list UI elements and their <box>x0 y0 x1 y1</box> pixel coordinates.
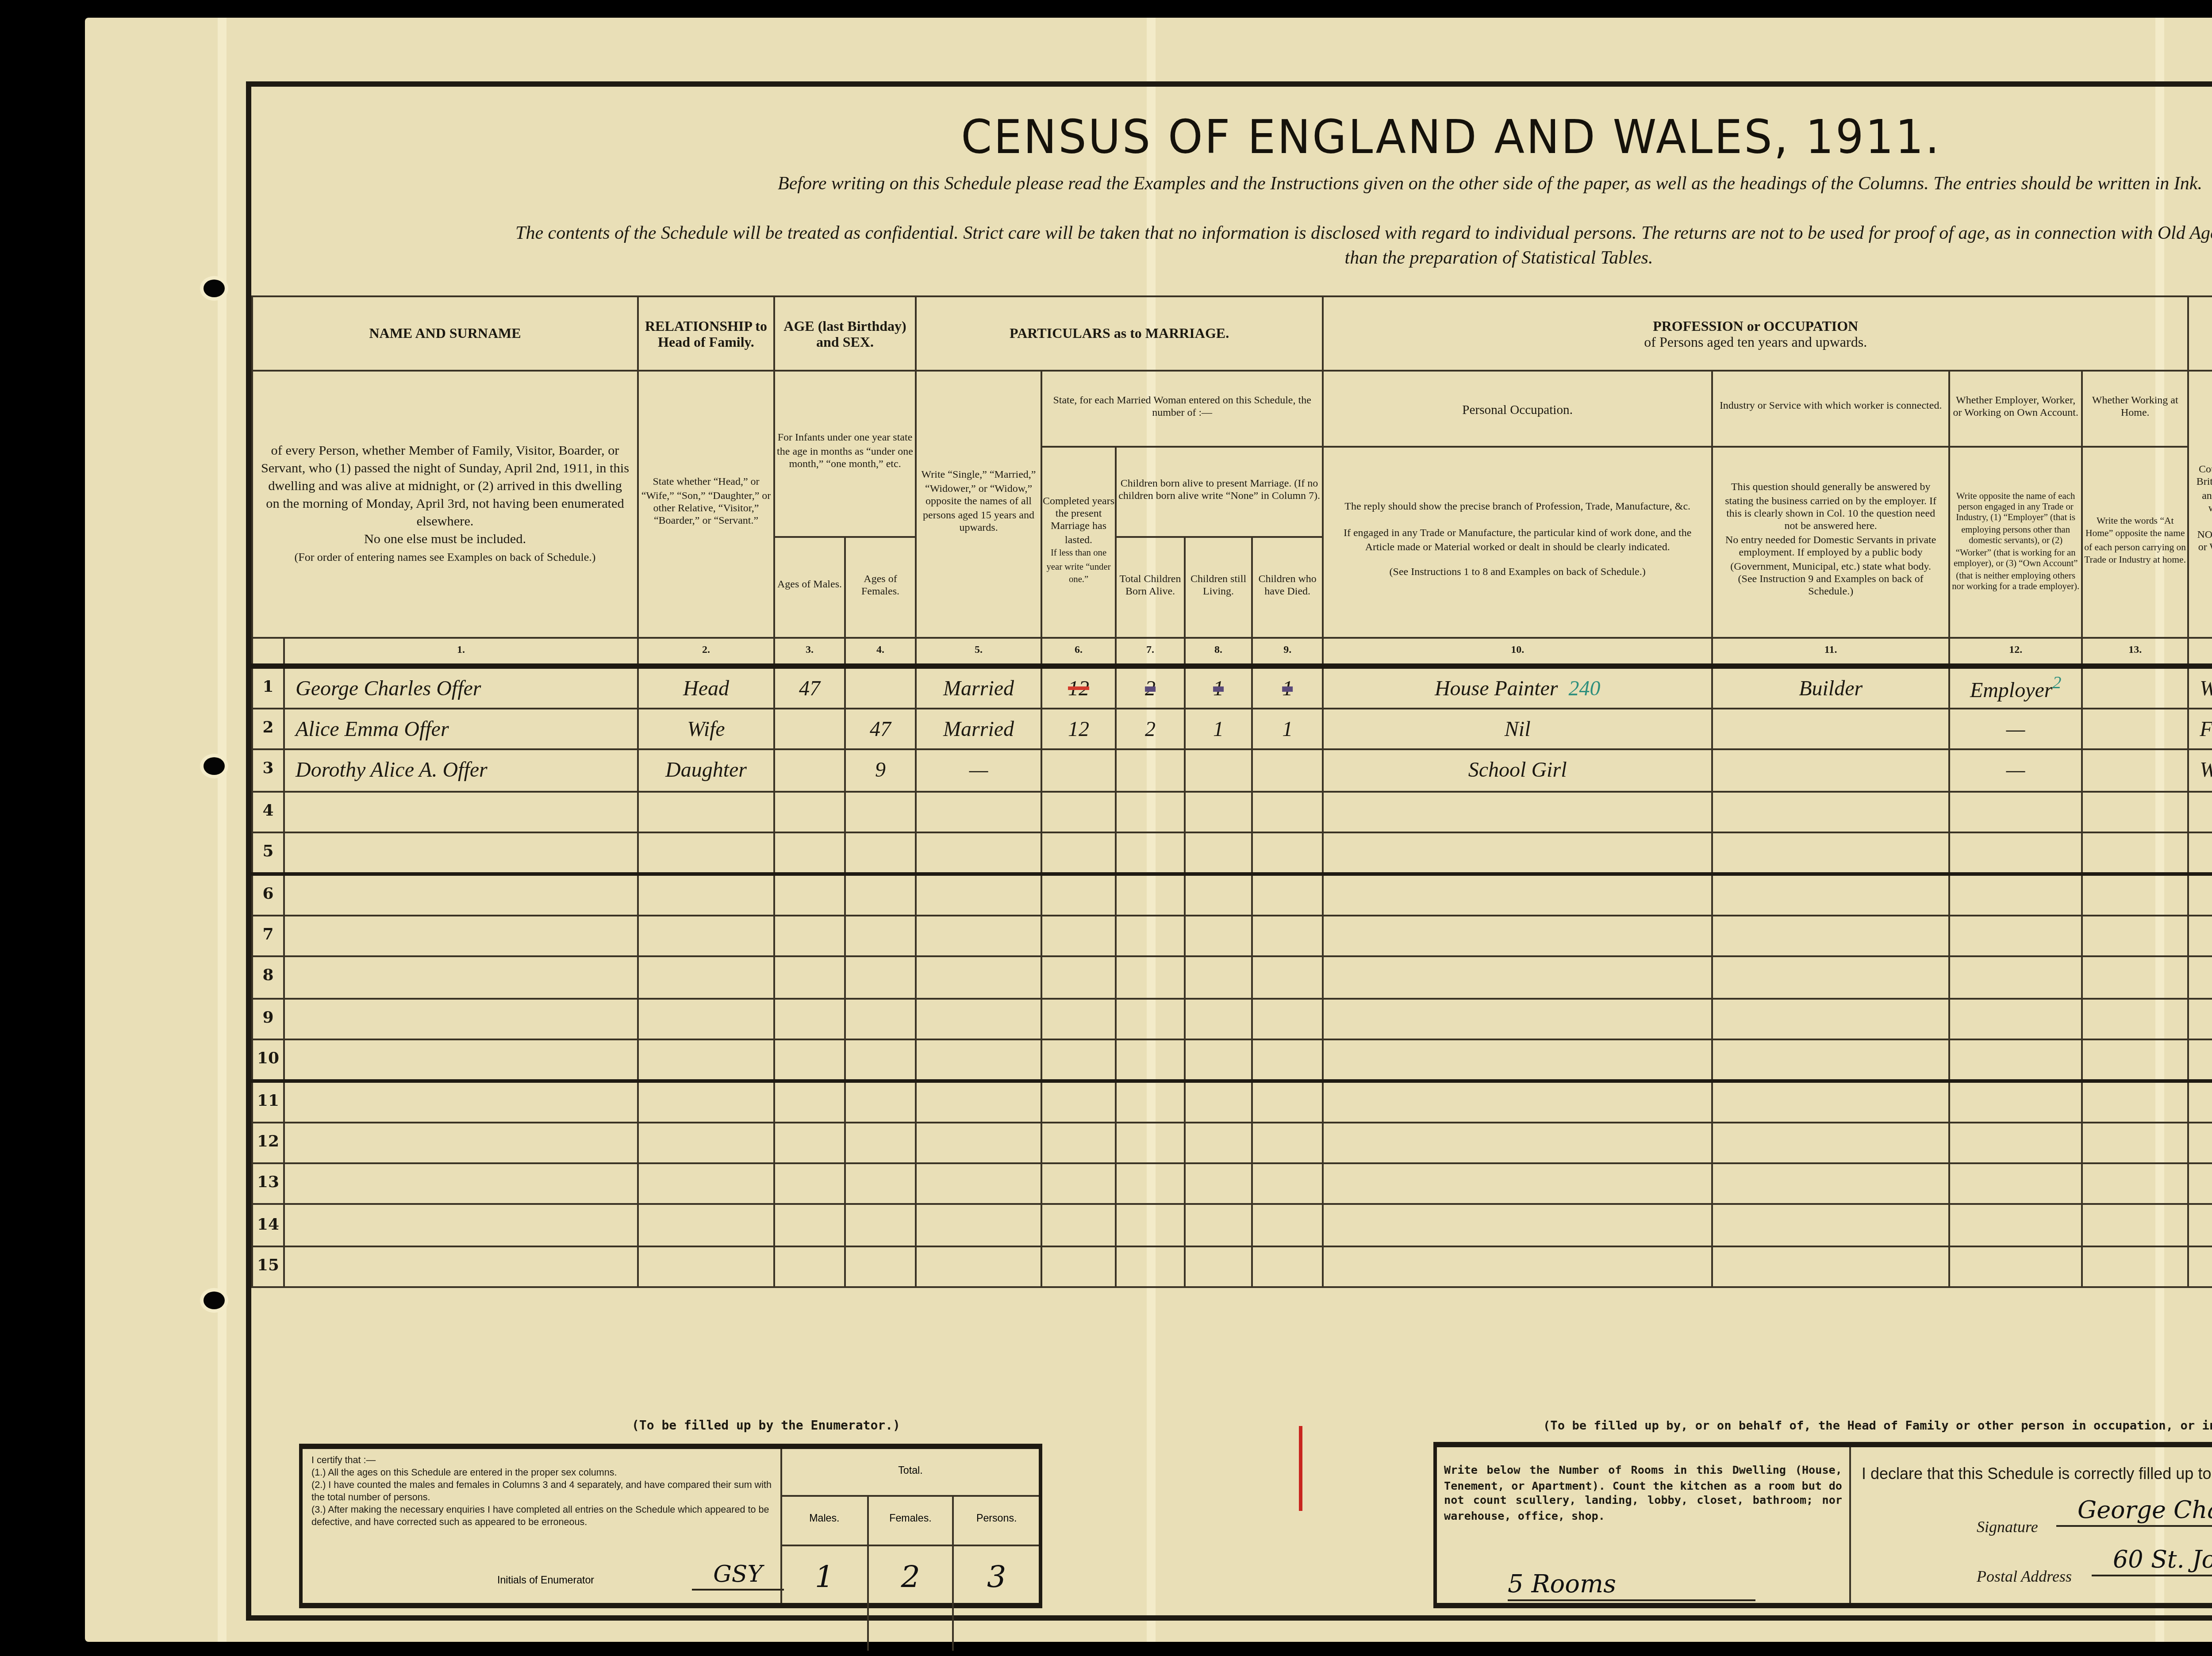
certify-text: I certify that :— (1.) All the ages on t… <box>311 1456 775 1530</box>
age-female-cell[interactable] <box>845 1123 916 1164</box>
children-died-cell[interactable] <box>1252 791 1323 832</box>
colnum-11: 11. <box>1712 638 1949 666</box>
occupation-subtitle: of Persons aged ten years and upwards. <box>1644 333 1867 349</box>
employer-cell[interactable] <box>1949 957 2082 998</box>
at-home-cell[interactable] <box>2082 791 2188 832</box>
children-living-cell[interactable] <box>1185 874 1252 916</box>
name-cell[interactable] <box>284 998 638 1039</box>
birthplace-cell[interactable] <box>2188 998 2212 1039</box>
children-died-cell[interactable] <box>1252 1039 1323 1081</box>
employer-cell[interactable]: Employer2 <box>1949 666 2082 709</box>
children-died-cell[interactable] <box>1252 832 1323 874</box>
years-married-cell-text: 12 <box>1068 675 1089 700</box>
years-married-cell[interactable]: 12 <box>1041 666 1116 709</box>
birthplace-cell[interactable] <box>2188 874 2212 916</box>
at-home-cell[interactable] <box>2082 666 2188 709</box>
children-living-cell[interactable]: 1 <box>1185 709 1252 750</box>
column-number-row: 1. 2. 3. 4. 5. 6. 7. 8. 9. 10. 11. 12. 1… <box>252 638 2212 666</box>
children-born-cell-text: 2 <box>1145 675 1156 700</box>
condition-cell[interactable]: Married <box>916 709 1041 750</box>
name-cell[interactable] <box>284 1039 638 1081</box>
total-males: Males.1 <box>782 1497 868 1651</box>
children-living-cell[interactable] <box>1185 750 1252 791</box>
children-living-cell[interactable] <box>1185 832 1252 874</box>
birthplace-cell[interactable] <box>2188 1081 2212 1123</box>
condition-cell[interactable]: — <box>916 750 1041 791</box>
occupation-cell[interactable] <box>1323 832 1712 874</box>
at-home-cell[interactable] <box>2082 998 2188 1039</box>
age-female-cell[interactable] <box>845 874 916 916</box>
condition-cell[interactable] <box>916 1205 1041 1246</box>
children-born-cell[interactable] <box>1116 791 1185 832</box>
employer-cell[interactable] <box>1949 1123 2082 1164</box>
birthplace-cell[interactable] <box>2188 1164 2212 1205</box>
industry-cell[interactable] <box>1712 998 1949 1039</box>
condition-cell-text: Married <box>943 716 1014 741</box>
personal-body-2: If engaged in any Trade or Manufacture, … <box>1344 529 1691 553</box>
condition-cell[interactable] <box>916 832 1041 874</box>
occupation-cell[interactable] <box>1323 957 1712 998</box>
name-cell-text: Alice Emma Offer <box>296 716 449 741</box>
age-female-cell[interactable]: 47 <box>845 709 916 750</box>
years-married-cell[interactable] <box>1041 874 1116 916</box>
children-living-cell[interactable] <box>1185 1123 1252 1164</box>
industry-body-1: This question should generally be answer… <box>1725 483 1936 533</box>
header-condition: Write “Single,” “Married,” “Widower,” or… <box>916 371 1041 638</box>
header-birthplace: BIRTHPLACE of every person. <box>2188 296 2212 371</box>
years-married-cell[interactable] <box>1041 916 1116 957</box>
children-died-cell[interactable] <box>1252 1123 1323 1164</box>
certify-item-1: (1.) All the ages on this Schedule are e… <box>311 1468 775 1481</box>
header-birthplace-body: (1) If born in the United Kingdom, write… <box>2188 371 2212 638</box>
age-male-cell[interactable] <box>774 791 845 832</box>
name-cell[interactable] <box>284 1164 638 1205</box>
instruction-line: Before writing on this Schedule please r… <box>517 175 2212 195</box>
birthplace-cell[interactable] <box>2188 1123 2212 1164</box>
industry-cell[interactable] <box>1712 1039 1949 1081</box>
employer-cell[interactable] <box>1949 1039 2082 1081</box>
colnum-5: 5. <box>916 638 1041 666</box>
header-children-died: Children who have Died. <box>1252 537 1323 638</box>
children-died-cell[interactable] <box>1252 1205 1323 1246</box>
children-born-cell[interactable] <box>1116 1081 1185 1123</box>
occupation-title: PROFESSION or OCCUPATION <box>1653 318 1858 333</box>
industry-cell[interactable] <box>1712 1246 1949 1287</box>
employer-cell[interactable] <box>1949 1081 2082 1123</box>
occupation-cell[interactable]: Nil <box>1323 709 1712 750</box>
years-married-cell[interactable]: 12 <box>1041 709 1116 750</box>
occupation-cell[interactable] <box>1323 874 1712 916</box>
relationship-cell[interactable]: Wife <box>638 709 774 750</box>
header-industry-body: This question should generally be answer… <box>1712 447 1949 638</box>
children-born-cell[interactable] <box>1116 998 1185 1039</box>
employer-cell[interactable] <box>1949 1205 2082 1246</box>
children-died-cell[interactable] <box>1252 1164 1323 1205</box>
relationship-cell[interactable] <box>638 1039 774 1081</box>
age-male-cell[interactable]: 47 <box>774 666 845 709</box>
header-employer-body: Write opposite the name of each person e… <box>1949 447 2082 638</box>
males-value[interactable]: 1 <box>782 1546 867 1610</box>
children-died-cell[interactable] <box>1252 916 1323 957</box>
name-cell-text: Dorothy Alice A. Offer <box>296 757 488 782</box>
years-married-cell[interactable] <box>1041 1164 1116 1205</box>
years-married-cell[interactable] <box>1041 791 1116 832</box>
header-ages-males: Ages of Males. <box>774 537 845 638</box>
declaration-text: I declare that this Schedule is correctl… <box>1862 1465 2212 1483</box>
condition-cell[interactable] <box>916 1123 1041 1164</box>
punch-hole-icon <box>204 1292 225 1309</box>
row-number: 7 <box>252 916 284 957</box>
children-died-cell[interactable] <box>1252 1081 1323 1123</box>
relationship-cell[interactable] <box>638 1205 774 1246</box>
punch-hole-icon <box>204 757 225 775</box>
condition-cell[interactable] <box>916 1246 1041 1287</box>
children-died-cell[interactable] <box>1252 1246 1323 1287</box>
years-married-cell[interactable] <box>1041 998 1116 1039</box>
children-living-cell[interactable] <box>1185 1205 1252 1246</box>
at-home-cell[interactable] <box>2082 1246 2188 1287</box>
birthplace-cell[interactable] <box>2188 1205 2212 1246</box>
table-row: 9 <box>252 998 2212 1039</box>
occupation-cell[interactable] <box>1323 1123 1712 1164</box>
name-cell[interactable]: George Charles Offer <box>284 666 638 709</box>
children-living-cell[interactable] <box>1185 916 1252 957</box>
table-row: 6 <box>252 874 2212 916</box>
header-relationship-body: State whether “Head,” or “Wife,” “Son,” … <box>638 371 774 638</box>
age-female-cell[interactable] <box>845 1081 916 1123</box>
age-female-cell[interactable]: 9 <box>845 750 916 791</box>
table-row: 10 <box>252 1039 2212 1081</box>
rooms-section: Write below the Number of Rooms in this … <box>1437 1447 1851 1603</box>
birthplace-cell[interactable] <box>2188 791 2212 832</box>
age-female-cell[interactable] <box>845 666 916 709</box>
at-home-cell[interactable] <box>2082 1039 2188 1081</box>
name-cell[interactable] <box>284 1246 638 1287</box>
row-number: 1 <box>252 666 284 709</box>
children-born-cell[interactable]: 2 <box>1116 666 1185 709</box>
occupation-code: 240 <box>1569 675 1601 700</box>
years-married-cell[interactable] <box>1041 1246 1116 1287</box>
industry-cell[interactable] <box>1712 709 1949 750</box>
relationship-cell[interactable] <box>638 832 774 874</box>
table-row: 4 <box>252 791 2212 832</box>
table-row: 12 <box>252 1123 2212 1164</box>
employer-cell[interactable] <box>1949 1246 2082 1287</box>
relationship-cell[interactable] <box>638 874 774 916</box>
occupation-cell[interactable]: House Painter240 <box>1323 666 1712 709</box>
age-female-cell[interactable] <box>845 1246 916 1287</box>
colnum-9: 9. <box>1252 638 1323 666</box>
header-employer: Whether Employer, Worker, or Working on … <box>1949 371 2082 447</box>
age-female-cell[interactable] <box>845 916 916 957</box>
relationship-cell[interactable] <box>638 998 774 1039</box>
name-cell[interactable] <box>284 832 638 874</box>
age-male-cell[interactable] <box>774 1081 845 1123</box>
children-born-cell[interactable] <box>1116 1164 1185 1205</box>
relationship-cell[interactable]: Head <box>638 666 774 709</box>
row-number: 6 <box>252 874 284 916</box>
table-row: 8 <box>252 957 2212 998</box>
name-cell[interactable] <box>284 791 638 832</box>
years-married-cell[interactable] <box>1041 957 1116 998</box>
birthplace-cell[interactable]: Winchester Hants <box>2188 666 2212 709</box>
header-personal-body: The reply should show the precise branch… <box>1323 447 1712 638</box>
children-born-cell[interactable] <box>1116 1205 1185 1246</box>
header-children-living: Children still Living. <box>1185 537 1252 638</box>
birthplace-cell[interactable] <box>2188 916 2212 957</box>
age-female-cell[interactable] <box>845 791 916 832</box>
age-female-cell-text: 9 <box>875 757 886 782</box>
name-cell[interactable] <box>284 874 638 916</box>
children-living-cell[interactable] <box>1185 1164 1252 1205</box>
employer-cell[interactable]: — <box>1949 750 2082 791</box>
at-home-cell[interactable] <box>2082 916 2188 957</box>
table-row: 3Dorothy Alice A. OfferDaughter9—School … <box>252 750 2212 791</box>
children-living-cell-text: 1 <box>1213 675 1224 700</box>
age-female-cell[interactable] <box>845 998 916 1039</box>
children-born-cell[interactable] <box>1116 1039 1185 1081</box>
children-died-cell[interactable]: 1 <box>1252 709 1323 750</box>
children-born-cell[interactable] <box>1116 916 1185 957</box>
name-note: No one else must be included. <box>364 530 526 546</box>
row-number: 15 <box>252 1246 284 1287</box>
age-female-cell[interactable] <box>845 832 916 874</box>
children-died-cell[interactable] <box>1252 874 1323 916</box>
birthplace-cell[interactable]: Fareham Hants <box>2188 709 2212 750</box>
relationship-cell[interactable] <box>638 1246 774 1287</box>
age-female-cell[interactable] <box>845 1039 916 1081</box>
children-born-cell[interactable] <box>1116 750 1185 791</box>
children-living-cell[interactable]: 1 <box>1185 666 1252 709</box>
at-home-cell[interactable] <box>2082 1123 2188 1164</box>
red-pencil-mark <box>1299 1426 1302 1511</box>
certify-heading: I certify that :— <box>311 1456 775 1468</box>
industry-cell[interactable] <box>1712 791 1949 832</box>
colnum-2: 2. <box>638 638 774 666</box>
at-home-cell[interactable] <box>2082 874 2188 916</box>
totals-box: Total. Males.1 Females.2 Persons.3 <box>780 1449 1039 1603</box>
row-number: 10 <box>252 1039 284 1081</box>
paper-sheet: CENSUS OF ENGLAND AND WALES, 1911. Befor… <box>85 18 2212 1642</box>
children-living-cell[interactable] <box>1185 1246 1252 1287</box>
birthplace-cell[interactable]: Winchester Hants <box>2188 750 2212 791</box>
name-cell[interactable] <box>284 1081 638 1123</box>
employer-cell[interactable] <box>1949 1164 2082 1205</box>
condition-cell-text: — <box>969 757 988 782</box>
table-row: 7 <box>252 916 2212 957</box>
condition-cell[interactable] <box>916 998 1041 1039</box>
occupation-cell[interactable]: School Girl <box>1323 750 1712 791</box>
header-personal-occupation: Personal Occupation. <box>1323 371 1712 447</box>
at-home-cell[interactable] <box>2082 957 2188 998</box>
industry-cell[interactable] <box>1712 1123 1949 1164</box>
age-male-cell[interactable] <box>774 832 845 874</box>
name-cell[interactable] <box>284 1205 638 1246</box>
name-cell[interactable] <box>284 1123 638 1164</box>
years-married-cell[interactable] <box>1041 1205 1116 1246</box>
age-female-cell[interactable] <box>845 1164 916 1205</box>
row-number: 9 <box>252 998 284 1039</box>
occupation-cell[interactable] <box>1323 1164 1712 1205</box>
industry-cell[interactable] <box>1712 916 1949 957</box>
employer-cell[interactable] <box>1949 916 2082 957</box>
employer-cell[interactable] <box>1949 832 2082 874</box>
at-home-cell[interactable] <box>2082 1081 2188 1123</box>
children-died-cell[interactable] <box>1252 957 1323 998</box>
children-born-cell[interactable] <box>1116 1123 1185 1164</box>
children-living-cell[interactable] <box>1185 957 1252 998</box>
persons-value[interactable]: 3 <box>954 1546 1039 1610</box>
condition-cell[interactable] <box>916 1039 1041 1081</box>
name-cell[interactable] <box>284 957 638 998</box>
age-male-cell[interactable] <box>774 709 845 750</box>
enumerator-heading: (To be filled up by the Enumerator.) <box>632 1419 900 1433</box>
age-male-cell-text: 47 <box>799 675 820 700</box>
children-living-cell[interactable] <box>1185 998 1252 1039</box>
industry-cell[interactable] <box>1712 750 1949 791</box>
name-cell-text: George Charles Offer <box>296 675 481 700</box>
name-cell[interactable]: Dorothy Alice A. Offer <box>284 750 638 791</box>
children-died-cell[interactable]: 1 <box>1252 666 1323 709</box>
address-value[interactable]: 60 St. Johns Street. <box>2092 1546 2212 1576</box>
years-married-cell[interactable] <box>1041 832 1116 874</box>
row-number: 13 <box>252 1164 284 1205</box>
rooms-value[interactable]: 5 Rooms <box>1508 1571 1755 1601</box>
females-value[interactable]: 2 <box>868 1546 953 1610</box>
condition-cell[interactable] <box>916 916 1041 957</box>
name-cell[interactable]: Alice Emma Offer <box>284 709 638 750</box>
occupation-cell[interactable] <box>1323 791 1712 832</box>
birthplace-cell-text: Winchester Hants <box>2200 757 2212 782</box>
industry-cell[interactable] <box>1712 957 1949 998</box>
industry-body-3: (See Instruction 9 and Examples on back … <box>1738 575 1924 599</box>
industry-cell[interactable] <box>1712 874 1949 916</box>
colnum-8: 8. <box>1185 638 1252 666</box>
header-children-total: Total Children Born Alive. <box>1116 537 1185 638</box>
children-born-cell[interactable]: 2 <box>1116 709 1185 750</box>
children-born-cell[interactable] <box>1116 957 1185 998</box>
condition-cell[interactable] <box>916 957 1041 998</box>
signature-value[interactable]: George Charles Offer <box>2056 1497 2212 1527</box>
age-male-cell[interactable] <box>774 874 845 916</box>
age-male-cell[interactable] <box>774 1246 845 1287</box>
employer-cell[interactable] <box>1949 874 2082 916</box>
name-cell[interactable] <box>284 916 638 957</box>
age-male-cell[interactable] <box>774 957 845 998</box>
employer-cell[interactable] <box>1949 791 2082 832</box>
initials-value[interactable]: GSY <box>692 1562 784 1591</box>
relationship-cell[interactable] <box>638 1123 774 1164</box>
certify-item-2: (2.) I have counted the males and female… <box>311 1481 775 1506</box>
occupation-cell[interactable] <box>1323 1081 1712 1123</box>
industry-cell[interactable] <box>1712 1164 1949 1205</box>
age-male-cell[interactable] <box>774 998 845 1039</box>
condition-cell[interactable] <box>916 791 1041 832</box>
condition-cell[interactable] <box>916 1164 1041 1205</box>
birthplace-cell[interactable] <box>2188 957 2212 998</box>
at-home-cell[interactable] <box>2082 1164 2188 1205</box>
personal-body-1: The reply should show the precise branch… <box>1344 503 1690 514</box>
occupation-cell[interactable] <box>1323 1039 1712 1081</box>
row-number: 4 <box>252 791 284 832</box>
age-male-cell[interactable] <box>774 1164 845 1205</box>
children-born-cell[interactable] <box>1116 874 1185 916</box>
birthplace-cell[interactable] <box>2188 832 2212 874</box>
at-home-cell[interactable] <box>2082 1205 2188 1246</box>
children-born-cell[interactable] <box>1116 832 1185 874</box>
enumerator-initials: Initials of Enumerator GSY <box>497 1576 594 1587</box>
age-male-cell[interactable] <box>774 1205 845 1246</box>
age-female-cell[interactable] <box>845 1205 916 1246</box>
condition-cell[interactable]: Married <box>916 666 1041 709</box>
years-married-cell[interactable] <box>1041 1123 1116 1164</box>
header-age: AGE (last Birthday) and SEX. <box>774 296 916 371</box>
employer-cell[interactable] <box>1949 998 2082 1039</box>
children-living-cell[interactable] <box>1185 791 1252 832</box>
birthplace-cell[interactable] <box>2188 1039 2212 1081</box>
at-home-cell[interactable] <box>2082 709 2188 750</box>
at-home-cell[interactable] <box>2082 750 2188 791</box>
relationship-cell[interactable] <box>638 957 774 998</box>
industry-cell[interactable] <box>1712 832 1949 874</box>
children-living-cell[interactable] <box>1185 1081 1252 1123</box>
years-married-cell[interactable] <box>1041 1081 1116 1123</box>
years-married-note: If less than one year write “under one.” <box>1046 549 1110 586</box>
name-order-note: (For order of entering names see Example… <box>295 551 596 563</box>
age-male-cell[interactable] <box>774 916 845 957</box>
years-married-cell[interactable] <box>1041 1039 1116 1081</box>
relationship-cell[interactable] <box>638 791 774 832</box>
children-died-cell[interactable] <box>1252 750 1323 791</box>
children-died-cell[interactable] <box>1252 998 1323 1039</box>
condition-cell[interactable] <box>916 1081 1041 1123</box>
birthplace-cell[interactable] <box>2188 1246 2212 1287</box>
industry-cell[interactable] <box>1712 1081 1949 1123</box>
years-married-label: Completed years the present Marriage has… <box>1043 496 1114 546</box>
age-male-cell[interactable] <box>774 1039 845 1081</box>
relationship-cell[interactable] <box>638 1164 774 1205</box>
relationship-cell[interactable] <box>638 1081 774 1123</box>
age-male-cell[interactable] <box>774 1123 845 1164</box>
age-male-cell[interactable] <box>774 750 845 791</box>
industry-cell[interactable] <box>1712 1205 1949 1246</box>
condition-cell[interactable] <box>916 874 1041 916</box>
years-married-cell[interactable] <box>1041 750 1116 791</box>
totals-columns: Males.1 Females.2 Persons.3 <box>782 1497 1039 1651</box>
children-born-cell[interactable] <box>1116 1246 1185 1287</box>
females-label: Females. <box>868 1497 953 1546</box>
occupation-cell[interactable] <box>1323 1246 1712 1287</box>
at-home-cell[interactable] <box>2082 832 2188 874</box>
relationship-cell[interactable]: Daughter <box>638 750 774 791</box>
table-row: 5 <box>252 832 2212 874</box>
occupation-cell[interactable] <box>1323 1205 1712 1246</box>
occupation-cell[interactable] <box>1323 916 1712 957</box>
industry-cell[interactable]: Builder <box>1712 666 1949 709</box>
occupation-cell[interactable] <box>1323 998 1712 1039</box>
header-home: Whether Working at Home. <box>2082 371 2188 447</box>
header-name-body: of every Person, whether Member of Famil… <box>252 371 638 638</box>
males-label: Males. <box>782 1497 867 1546</box>
household-table: NAME AND SURNAME RELATIONSHIP to Head of… <box>251 295 2212 1288</box>
age-female-cell[interactable] <box>845 957 916 998</box>
employer-cell[interactable]: — <box>1949 709 2082 750</box>
enumerator-certificate: I certify that :— (1.) All the ages on t… <box>299 1444 1042 1608</box>
children-living-cell[interactable] <box>1185 1039 1252 1081</box>
relationship-cell[interactable] <box>638 916 774 957</box>
relationship-cell-text: Wife <box>687 716 725 741</box>
occupation-cell-text: School Girl <box>1468 757 1567 782</box>
